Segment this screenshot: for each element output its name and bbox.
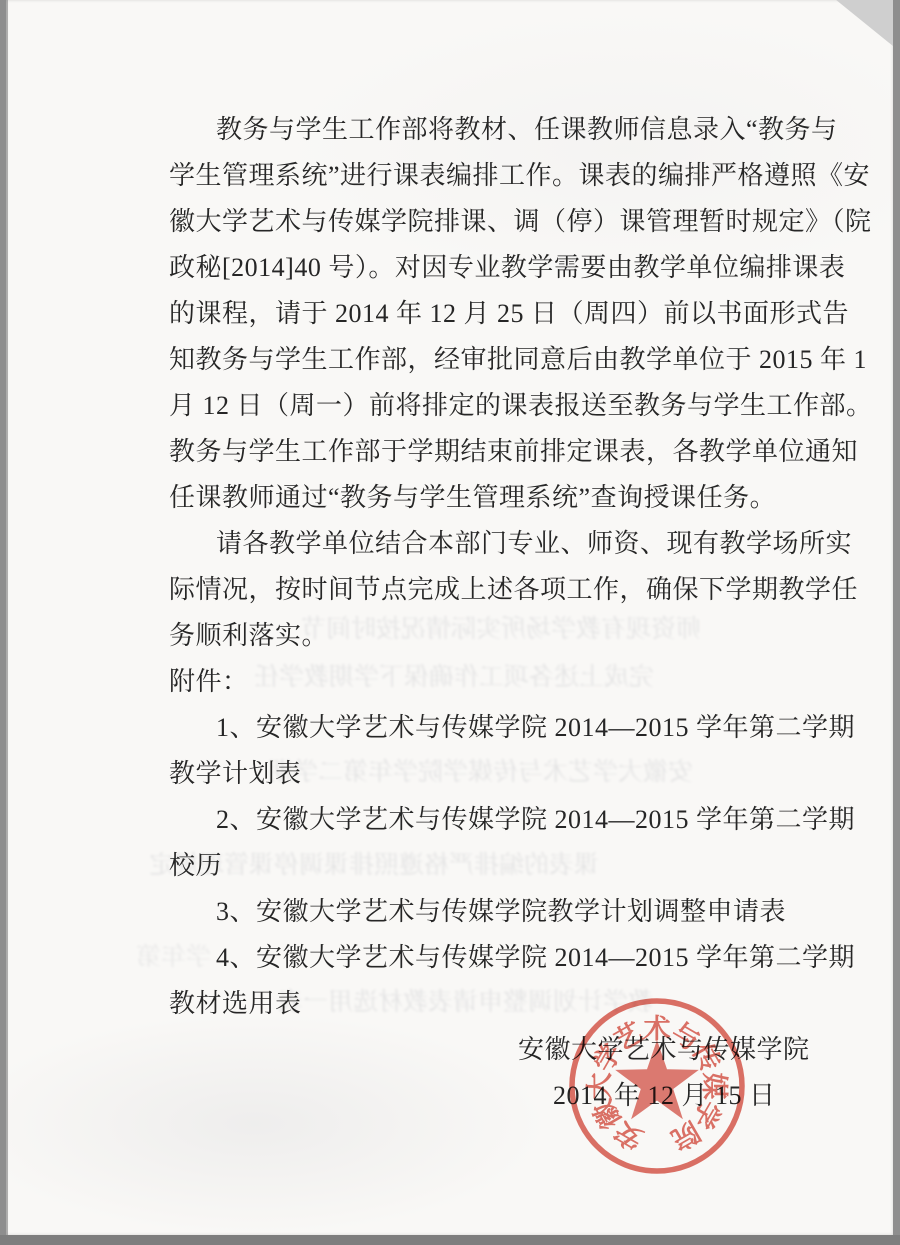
attachment-item-2: 2、安徽大学艺术与传媒学院 2014—2015 学年第二学期 [169,797,829,843]
scan-edge-left [6,0,8,1235]
body-line: 学生管理系统”进行课表编排工作。课表的编排严格遵照《安 [169,153,829,199]
seal-char: 术 [643,1014,671,1044]
body-line: 务顺利落实。 [169,613,829,659]
scanned-paper-page: 师资现有教学场所实际情况按时间节 完成上述各项工作确保下学期教学任 安徽大学艺术… [6,0,893,1235]
attachment-item-3: 3、安徽大学艺术与传媒学院教学计划调整申请表 [169,889,829,935]
seal-char: 媒 [699,1073,730,1100]
body-line: 徽大学艺术与传媒学院排课、调（停）课管理暂时规定》（院 [169,199,829,245]
body-line: 知教务与学生工作部，经审批同意后由教学单位于 2015 年 1 [169,337,829,383]
attachment-item-1-cont: 教学计划表 [169,751,829,797]
body-line: 任课教师通过“教务与学生管理系统”查询授课任务。 [169,475,829,521]
body-line: 请各教学单位结合本部门专业、师资、现有教学场所实 [169,521,829,567]
scan-edge-bottom [0,1235,900,1245]
attachments-label: 附件： [169,659,829,705]
attachment-item-4: 4、安徽大学艺术与传媒学院 2014—2015 学年第二学期 [169,935,829,981]
body-line: 教务与学生工作部将教材、任课教师信息录入“教务与 [169,107,829,153]
body-line: 教务与学生工作部于学期结束前排定课表，各教学单位通知 [169,429,829,475]
official-round-seal: 安 徽 大 学 艺 术 与 传 媒 学 院 [564,993,750,1179]
attachment-item-1: 1、安徽大学艺术与传媒学院 2014—2015 学年第二学期 [169,705,829,751]
body-line: 政秘[2014]40 号）。对因专业教学需要由教学单位编排课表 [169,245,829,291]
body-line: 月 12 日（周一）前将排定的课表报送至教务与学生工作部。 [169,383,829,429]
document-body: 教务与学生工作部将教材、任课教师信息录入“教务与 学生管理系统”进行课表编排工作… [169,107,829,1119]
attachment-item-2-cont: 校历 [169,843,829,889]
body-line: 际情况，按时间节点完成上述各项工作，确保下学期教学任 [169,567,829,613]
seal-char: 大 [585,1073,615,1100]
body-line: 的课程，请于 2014 年 12 月 25 日（周四）前以书面形式告 [169,291,829,337]
